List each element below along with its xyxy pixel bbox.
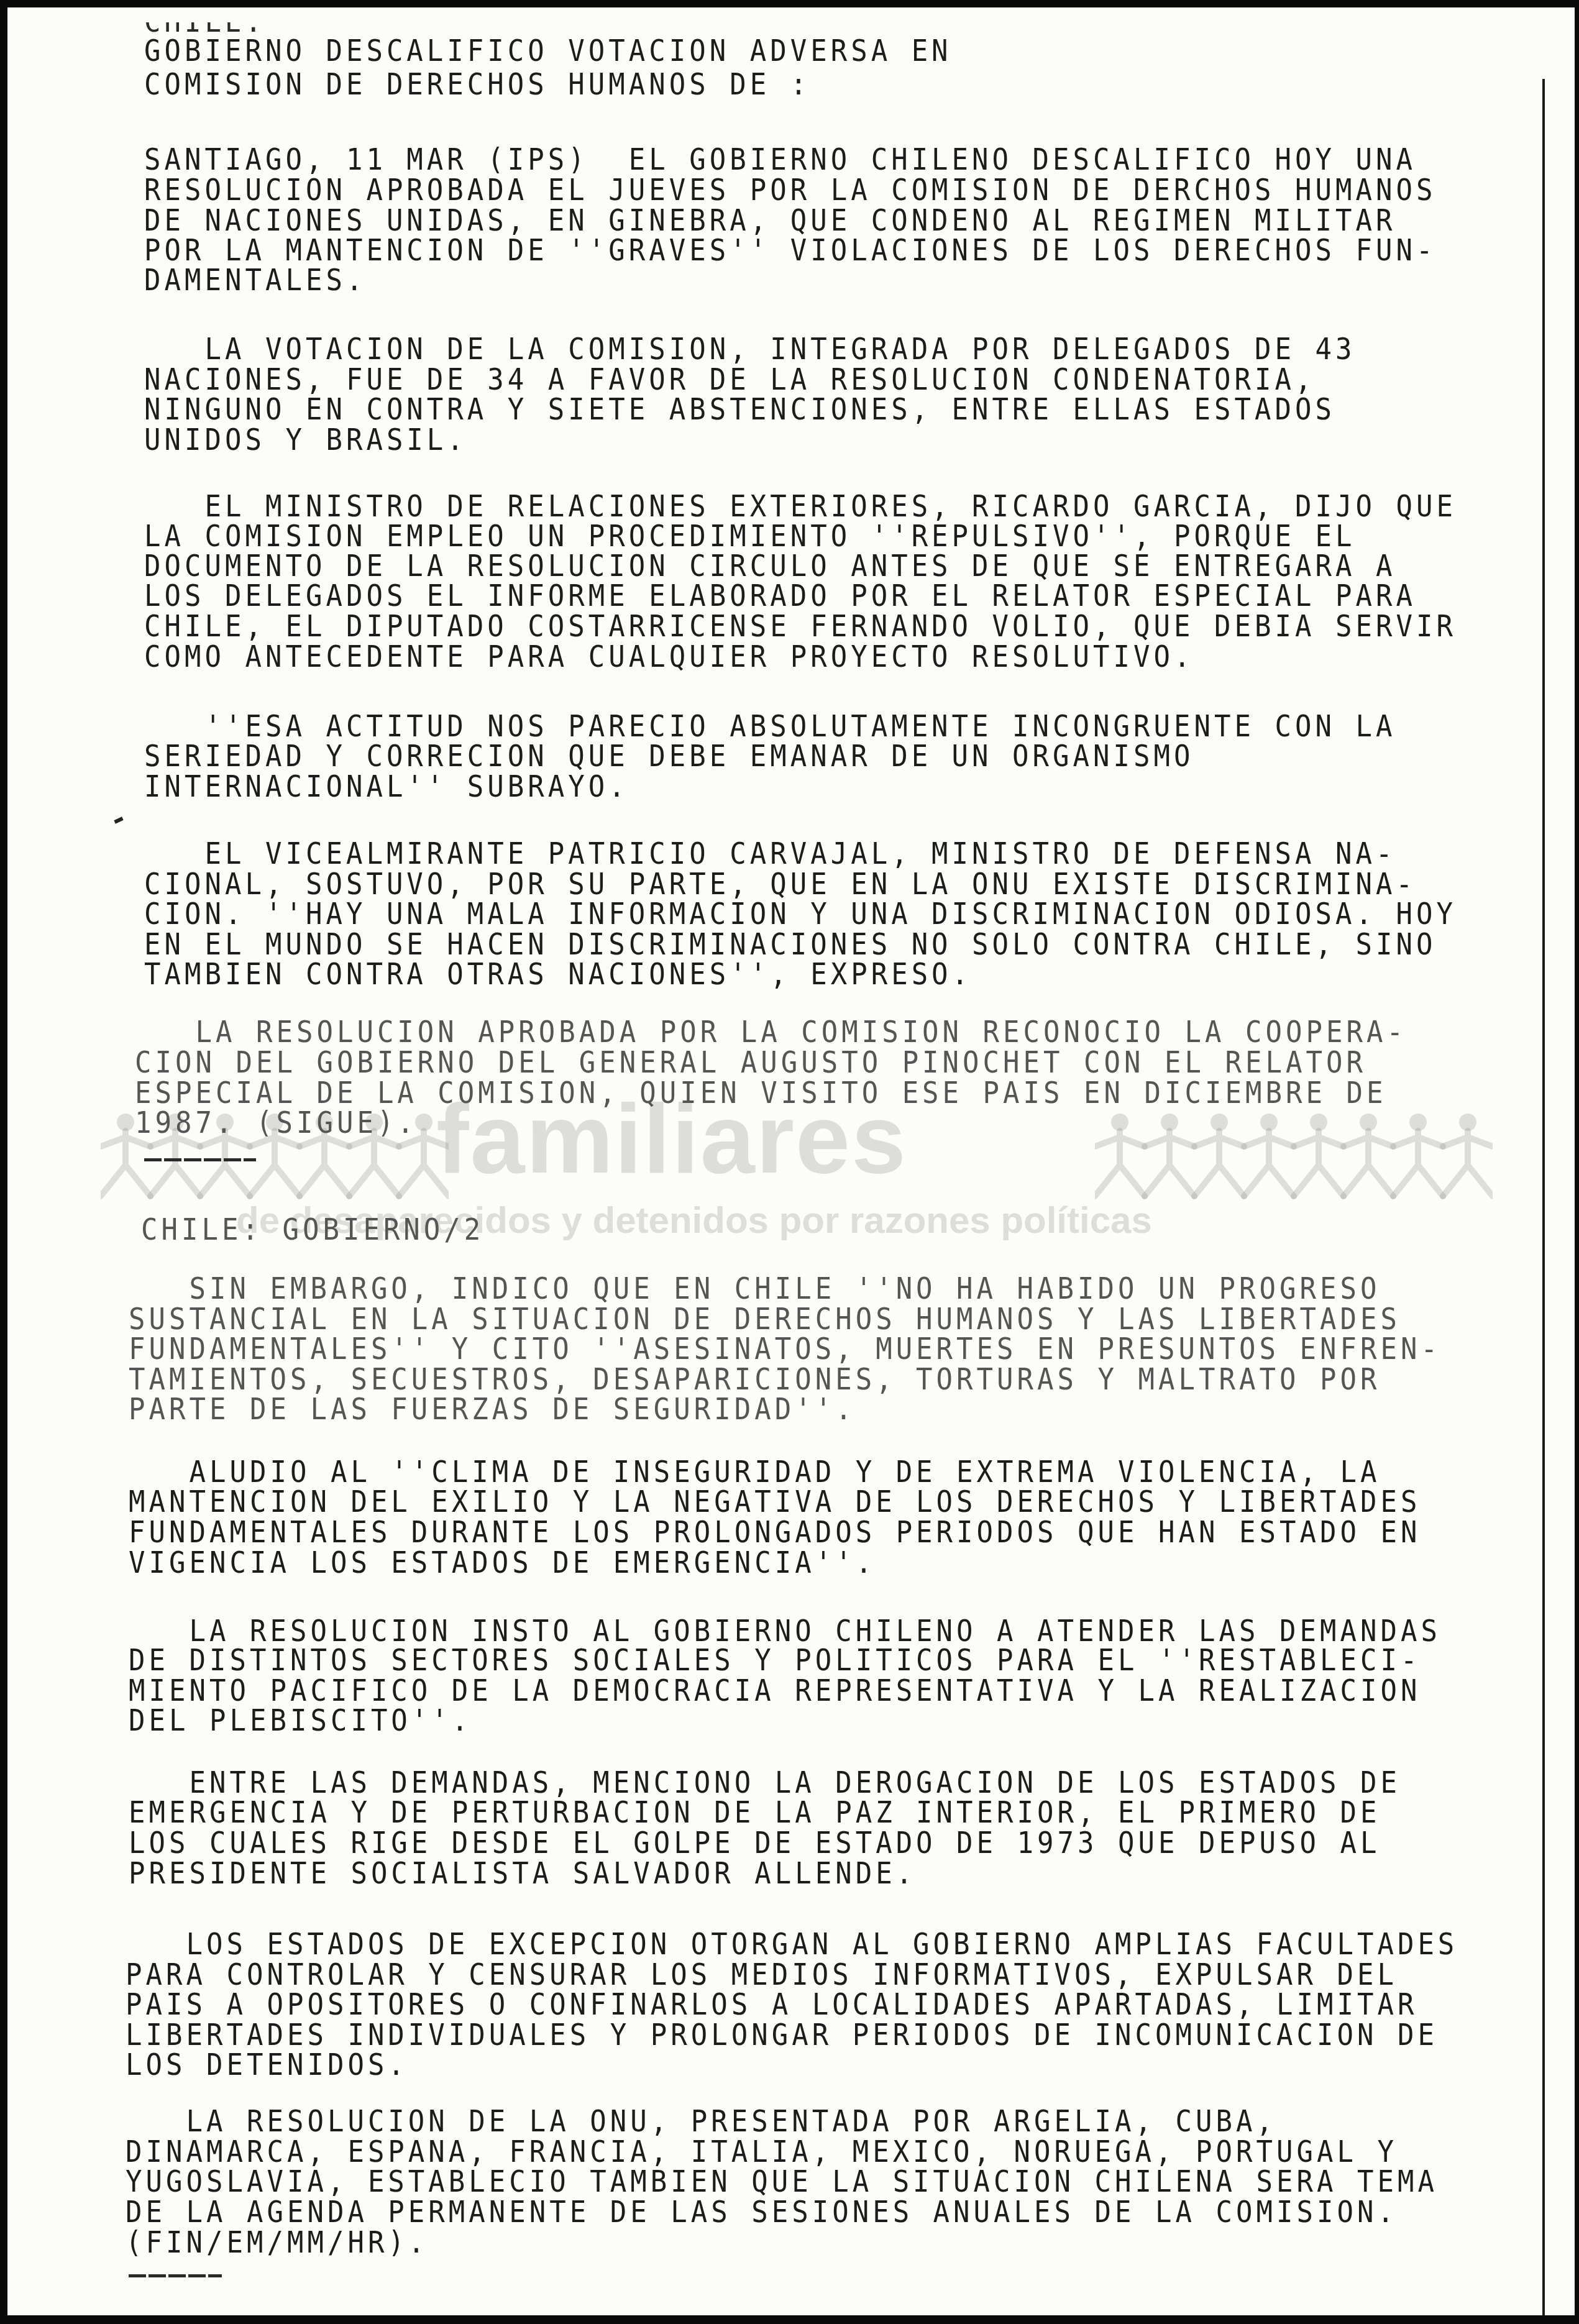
- article-line: LOS DELEGADOS EL INFORME ELABORADO POR E…: [144, 579, 1416, 613]
- article-line: NINGUNO EN CONTRA Y SIETE ABSTENCIONES, …: [144, 393, 1335, 427]
- article-line: SIN EMBARGO, INDICO QUE EN CHILE ''NO HA…: [129, 1272, 1380, 1306]
- end-divider: [129, 2274, 222, 2277]
- article-line: FUNDAMENTALES DURANTE LOS PROLONGADOS PE…: [129, 1516, 1421, 1550]
- article-line: CION. ''HAY UNA MALA INFORMACION Y UNA D…: [144, 897, 1457, 931]
- article-line: DINAMARCA, ESPANA, FRANCIA, ITALIA, MEXI…: [126, 2134, 1398, 2169]
- article-line: CION DEL GOBIERNO DEL GENERAL AUGUSTO PI…: [135, 1045, 1366, 1079]
- article-line: LA RESOLUCION DE LA ONU, PRESENTADA POR …: [126, 2105, 1276, 2139]
- page-edge-rule: [1542, 79, 1545, 2315]
- article-line: NACIONES, FUE DE 34 A FAVOR DE LA RESOLU…: [144, 362, 1315, 396]
- article-line: LOS CUALES RIGE DESDE EL GOLPE DE ESTADO…: [129, 1826, 1380, 1860]
- article-line: EL MINISTRO DE RELACIONES EXTERIORES, RI…: [144, 489, 1457, 523]
- article-line: SERIEDAD Y CORRECION QUE DEBE EMANAR DE …: [144, 739, 1194, 774]
- article-line: COMO ANTECEDENTE PARA CUALQUIER PROYECTO…: [144, 639, 1194, 674]
- article-line: RESOLUCION APROBADA EL JUEVES POR LA COM…: [144, 173, 1436, 207]
- article-line: DE NACIONES UNIDAS, EN GINEBRA, QUE COND…: [144, 203, 1396, 237]
- stray-mark: [114, 817, 123, 823]
- article-line: VIGENCIA LOS ESTADOS DE EMERGENCIA''.: [129, 1545, 876, 1580]
- scanned-page: familiares de desaparecidos y detenidos …: [7, 7, 1575, 2315]
- article-line: DE LA AGENDA PERMANENTE DE LAS SESIONES …: [126, 2195, 1398, 2229]
- article-line: LOS ESTADOS DE EXCEPCION OTORGAN AL GOBI…: [126, 1928, 1458, 1962]
- article-line: FUNDAMENTALES'' Y CITO ''ASESINATOS, MUE…: [129, 1332, 1441, 1366]
- article-line: LA COMISION EMPLEO UN PROCEDIMIENTO ''RE…: [144, 519, 1355, 554]
- article-line: LA VOTACION DE LA COMISION, INTEGRADA PO…: [144, 332, 1355, 367]
- article-line: TAMIENTOS, SECUESTROS, DESAPARICIONES, T…: [129, 1362, 1380, 1396]
- headline-line: GOBIERNO DESCALIFICO VOTACION ADVERSA EN: [144, 34, 952, 68]
- article-line: INTERNACIONAL'' SUBRAYO.: [144, 770, 629, 804]
- article-line: EN EL MUNDO SE HACEN DISCRIMINACIONES NO…: [144, 927, 1436, 961]
- article-line: DEL PLEBISCITO''.: [129, 1704, 472, 1738]
- article-line: ALUDIO AL ''CLIMA DE INSEGURIDAD Y DE EX…: [129, 1455, 1380, 1489]
- article-line: DAMENTALES.: [144, 263, 366, 298]
- article-line: MIENTO PACIFICO DE LA DEMOCRACIA REPRESE…: [129, 1674, 1421, 1708]
- article-line: (FIN/EM/MM/HR).: [126, 2225, 428, 2259]
- people-chain-icon: [1095, 1112, 1493, 1199]
- article-line: SANTIAGO, 11 MAR (IPS) EL GOBIERNO CHILE…: [144, 143, 1416, 177]
- article-line: PARA CONTROLAR Y CENSURAR LOS MEDIOS INF…: [126, 1957, 1398, 1992]
- article-line: SUSTANCIAL EN LA SITUACION DE DERECHOS H…: [129, 1302, 1401, 1336]
- article-line: LA RESOLUCION APROBADA POR LA COMISION R…: [135, 1015, 1407, 1050]
- article-line: ENTRE LAS DEMANDAS, MENCIONO LA DEROGACI…: [129, 1766, 1401, 1800]
- article-line: ESPECIAL DE LA COMISION, QUIEN VISITO ES…: [135, 1076, 1386, 1110]
- article-line: CHILE, EL DIPUTADO COSTARRICENSE FERNAND…: [144, 610, 1457, 644]
- continuation-slug: CHILE: GOBIERNO/2: [141, 1213, 484, 1247]
- article-line: DE DISTINTOS SECTORES SOCIALES Y POLITIC…: [129, 1644, 1421, 1678]
- article-line: ''ESA ACTITUD NOS PARECIO ABSOLUTAMENTE …: [144, 710, 1396, 744]
- article-line: 1987. (SIGUE).: [135, 1105, 418, 1140]
- article-line: PAIS A OPOSITORES O CONFINARLOS A LOCALI…: [126, 1988, 1417, 2022]
- article-line: EL VICEALMIRANTE PATRICIO CARVAJAL, MINI…: [144, 837, 1396, 871]
- article-line: PRESIDENTE SOCIALISTA SALVADOR ALLENDE.: [129, 1856, 916, 1890]
- article-line: CIONAL, SOSTUVO, POR SU PARTE, QUE EN LA…: [144, 867, 1416, 901]
- article-line: YUGOSLAVIA, ESTABLECIO TAMBIEN QUE LA SI…: [126, 2165, 1438, 2199]
- article-line: PARTE DE LAS FUERZAS DE SEGURIDAD''.: [129, 1393, 856, 1427]
- article-line: MANTENCION DEL EXILIO Y LA NEGATIVA DE L…: [129, 1485, 1421, 1519]
- article-line: LIBERTADES INDIVIDUALES Y PROLONGAR PERI…: [126, 2018, 1438, 2052]
- article-line: LA RESOLUCION INSTO AL GOBIERNO CHILENO …: [129, 1614, 1441, 1648]
- section-divider: [144, 1158, 256, 1161]
- article-line: UNIDOS Y BRASIL.: [144, 423, 467, 457]
- headline-line: COMISION DE DERECHOS HUMANOS DE :: [144, 68, 810, 102]
- article-line: LOS DETENIDOS.: [126, 2048, 408, 2082]
- article-line: EMERGENCIA Y DE PERTURBACION DE LA PAZ I…: [129, 1796, 1380, 1830]
- article-line: DOCUMENTO DE LA RESOLUCION CIRCULO ANTES…: [144, 549, 1396, 583]
- article-line: POR LA MANTENCION DE ''GRAVES'' VIOLACIO…: [144, 233, 1436, 267]
- article-line: TAMBIEN CONTRA OTRAS NACIONES'', EXPRESO…: [144, 958, 972, 992]
